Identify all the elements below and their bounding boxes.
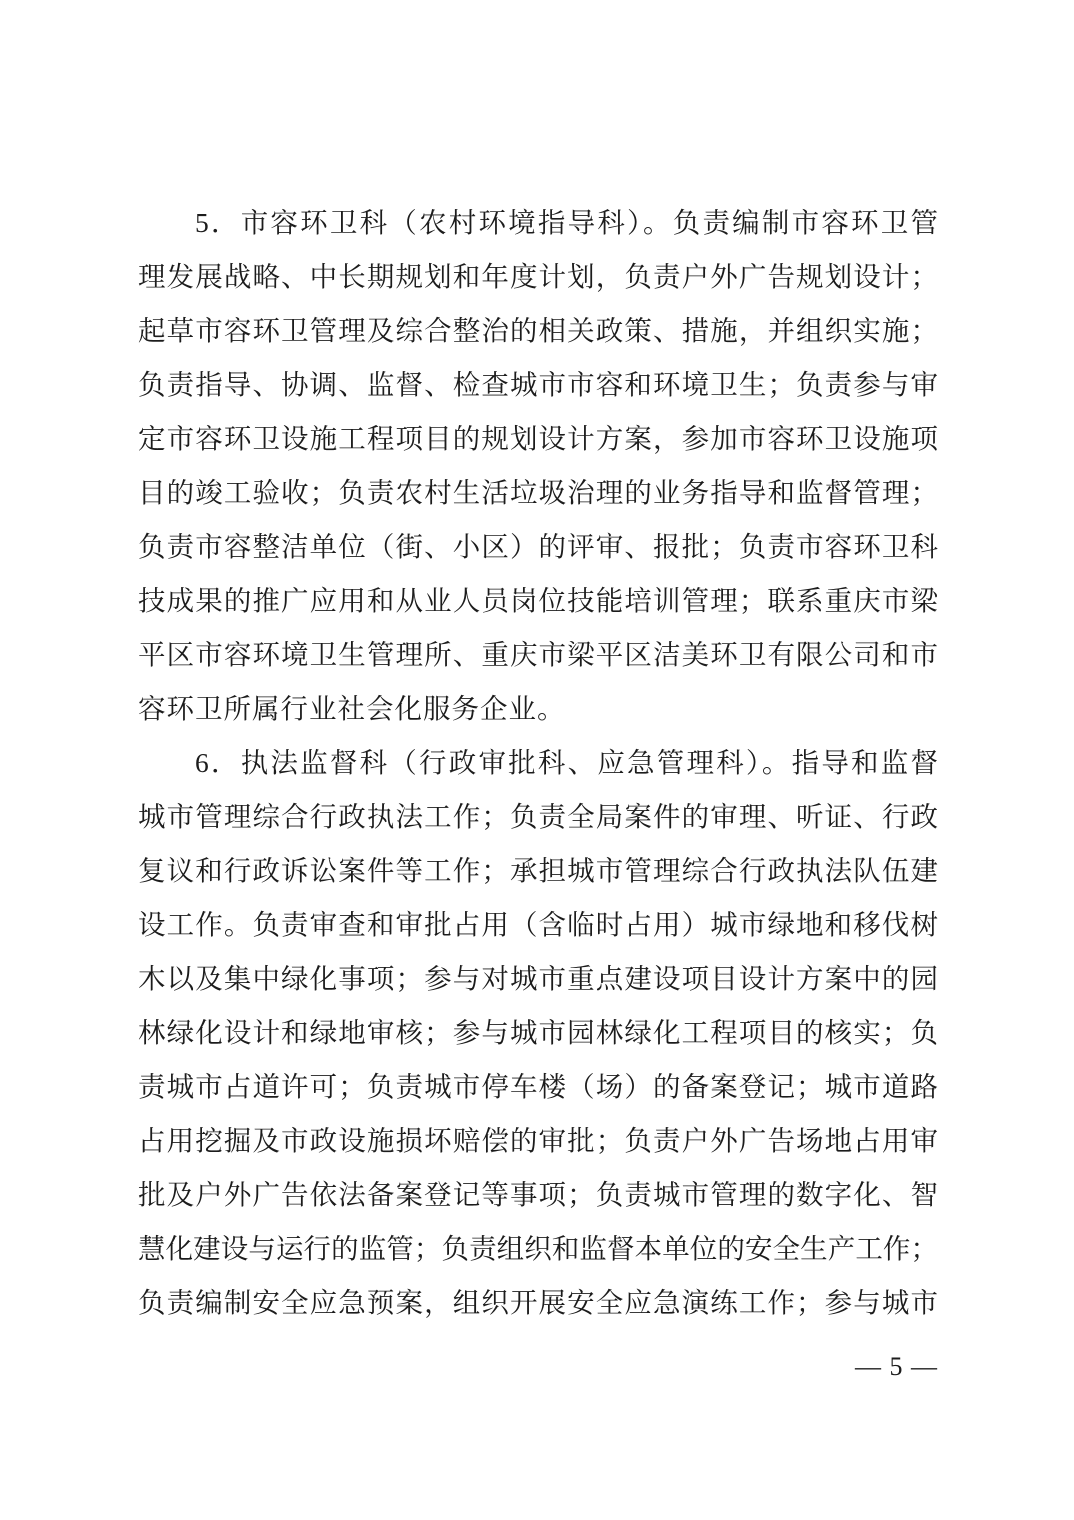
text-line: 慧化建设与运行的监管；负责组织和监督本单位的安全生产工作； — [138, 1222, 938, 1276]
text-line: 责城市占道许可；负责城市停车楼（场）的备案登记；城市道路 — [138, 1060, 938, 1114]
text-line: 6．执法监督科（行政审批科、应急管理科）。指导和监督 — [138, 736, 938, 790]
text-line: 技成果的推广应用和从业人员岗位技能培训管理；联系重庆市梁 — [138, 574, 938, 628]
text-line: 城市管理综合行政执法工作；负责全局案件的审理、听证、行政 — [138, 790, 938, 844]
document-page: 5．市容环卫科（农村环境指导科）。负责编制市容环卫管 理发展战略、中长期规划和年… — [0, 0, 1074, 1520]
text-line: 林绿化设计和绿地审核；参与城市园林绿化工程项目的核实；负 — [138, 1006, 938, 1060]
text-line: 定市容环卫设施工程项目的规划设计方案，参加市容环卫设施项 — [138, 412, 938, 466]
text-line: 木以及集中绿化事项；参与对城市重点建设项目设计方案中的园 — [138, 952, 938, 1006]
text-line: 目的竣工验收；负责农村生活垃圾治理的业务指导和监督管理； — [138, 466, 938, 520]
text-line: 负责市容整洁单位（街、小区）的评审、报批；负责市容环卫科 — [138, 520, 938, 574]
text-line: 5．市容环卫科（农村环境指导科）。负责编制市容环卫管 — [138, 196, 938, 250]
text-line: 负责指导、协调、监督、检查城市市容和环境卫生；负责参与审 — [138, 358, 938, 412]
text-line: 理发展战略、中长期规划和年度计划，负责户外广告规划设计； — [138, 250, 938, 304]
text-line: 批及户外广告依法备案登记等事项；负责城市管理的数字化、智 — [138, 1168, 938, 1222]
text-line: 设工作。负责审查和审批占用（含临时占用）城市绿地和移伐树 — [138, 898, 938, 952]
text-line: 平区市容环境卫生管理所、重庆市梁平区洁美环卫有限公司和市 — [138, 628, 938, 682]
text-line: 复议和行政诉讼案件等工作；承担城市管理综合行政执法队伍建 — [138, 844, 938, 898]
document-body: 5．市容环卫科（农村环境指导科）。负责编制市容环卫管 理发展战略、中长期规划和年… — [138, 196, 938, 1330]
text-line: 占用挖掘及市政设施损坏赔偿的审批；负责户外广告场地占用审 — [138, 1114, 938, 1168]
page-number: — 5 — — [855, 1352, 938, 1382]
text-line: 容环卫所属行业社会化服务企业。 — [138, 682, 938, 736]
text-line: 起草市容环卫管理及综合整治的相关政策、措施，并组织实施； — [138, 304, 938, 358]
text-line: 负责编制安全应急预案，组织开展安全应急演练工作；参与城市 — [138, 1276, 938, 1330]
